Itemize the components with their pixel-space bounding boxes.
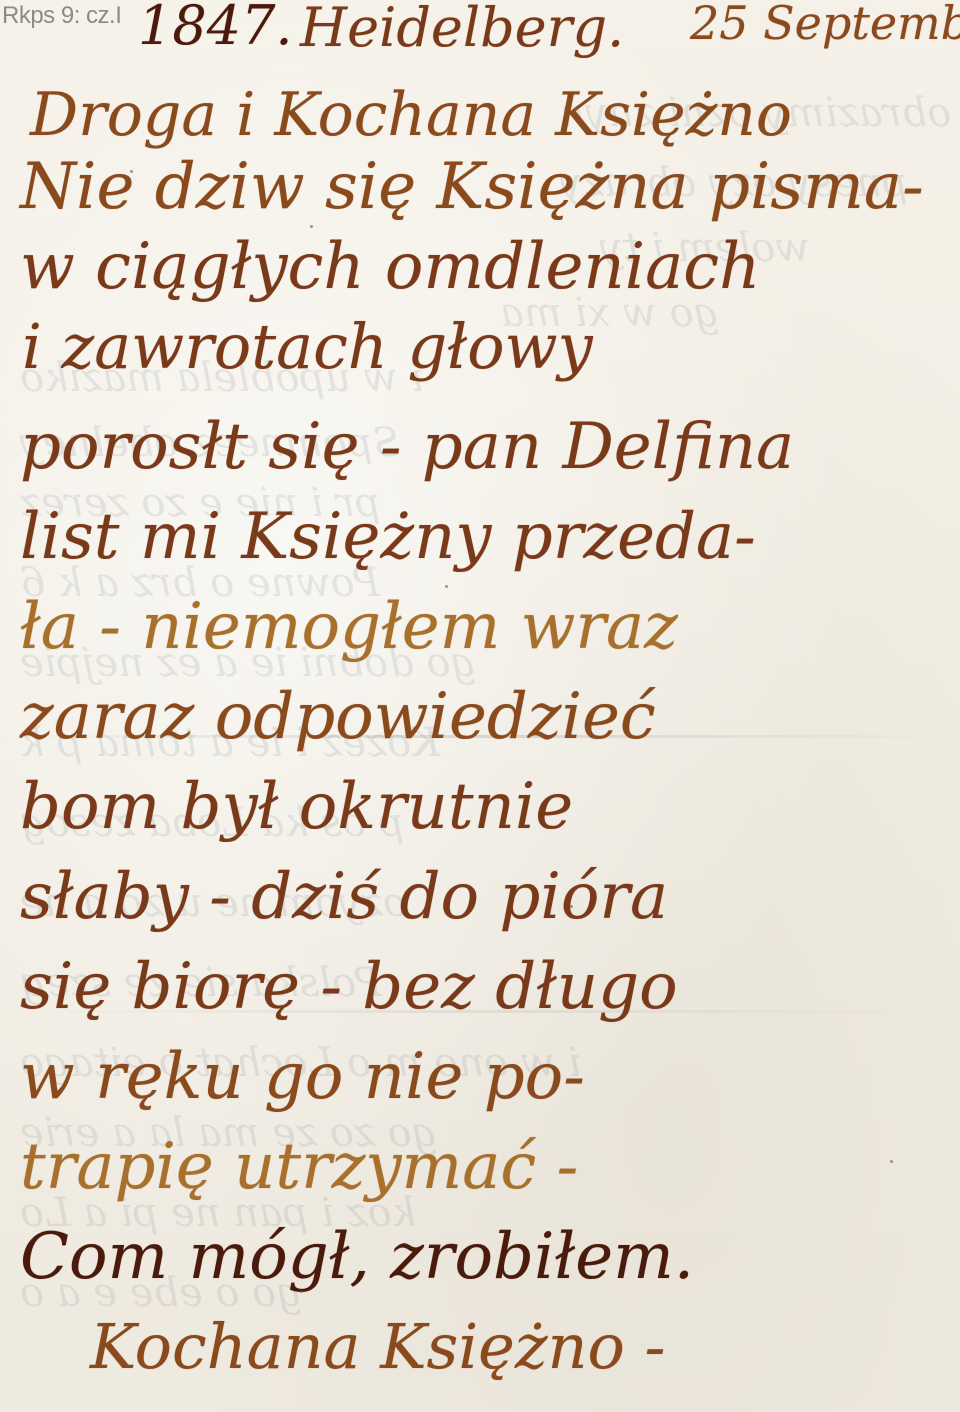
ink-speck xyxy=(890,1160,893,1163)
shelfmark-label: Rkps 9: cz.I xyxy=(2,2,121,30)
ink-speck xyxy=(570,905,573,908)
letter-page: obrazimy ozni znyn pnesy ozy obrazy wole… xyxy=(0,0,960,1412)
letter-line: w ciągłych omdleniach xyxy=(20,230,760,304)
letter-place: Heidelberg. xyxy=(300,0,624,59)
ink-speck xyxy=(445,585,448,588)
ink-speck xyxy=(130,170,133,173)
letter-line: Nie dziw się Księżna pisma- xyxy=(20,150,924,224)
letter-line: się biorę - bez długo xyxy=(20,950,678,1024)
letter-line: porosłt się - pan Delfina xyxy=(20,410,794,484)
letter-line: list mi Księżny przeda- xyxy=(20,500,756,574)
letter-line: bom był okrutnie xyxy=(20,770,573,844)
letter-line: i zawrotach głowy xyxy=(22,310,593,383)
letter-line: ła - niemogłem wraz xyxy=(20,590,678,664)
letter-line: trapię utrzymać - xyxy=(20,1130,578,1204)
ink-speck xyxy=(310,225,313,228)
letter-line: zaraz odpowiedzieć xyxy=(20,680,656,754)
letter-line: Kochana Księżno - xyxy=(90,1310,665,1383)
letter-line: słaby - dziś do pióra xyxy=(20,860,668,934)
letter-year: 1847. xyxy=(138,0,293,57)
ink-speck xyxy=(300,1290,303,1293)
letter-date: 25 Septembra xyxy=(690,0,960,50)
letter-line: w ręku go nie po- xyxy=(20,1040,585,1114)
letter-line: Com mógł, zrobiłem. xyxy=(20,1220,694,1294)
letter-line: Droga i Kochana Księżno xyxy=(30,80,792,150)
